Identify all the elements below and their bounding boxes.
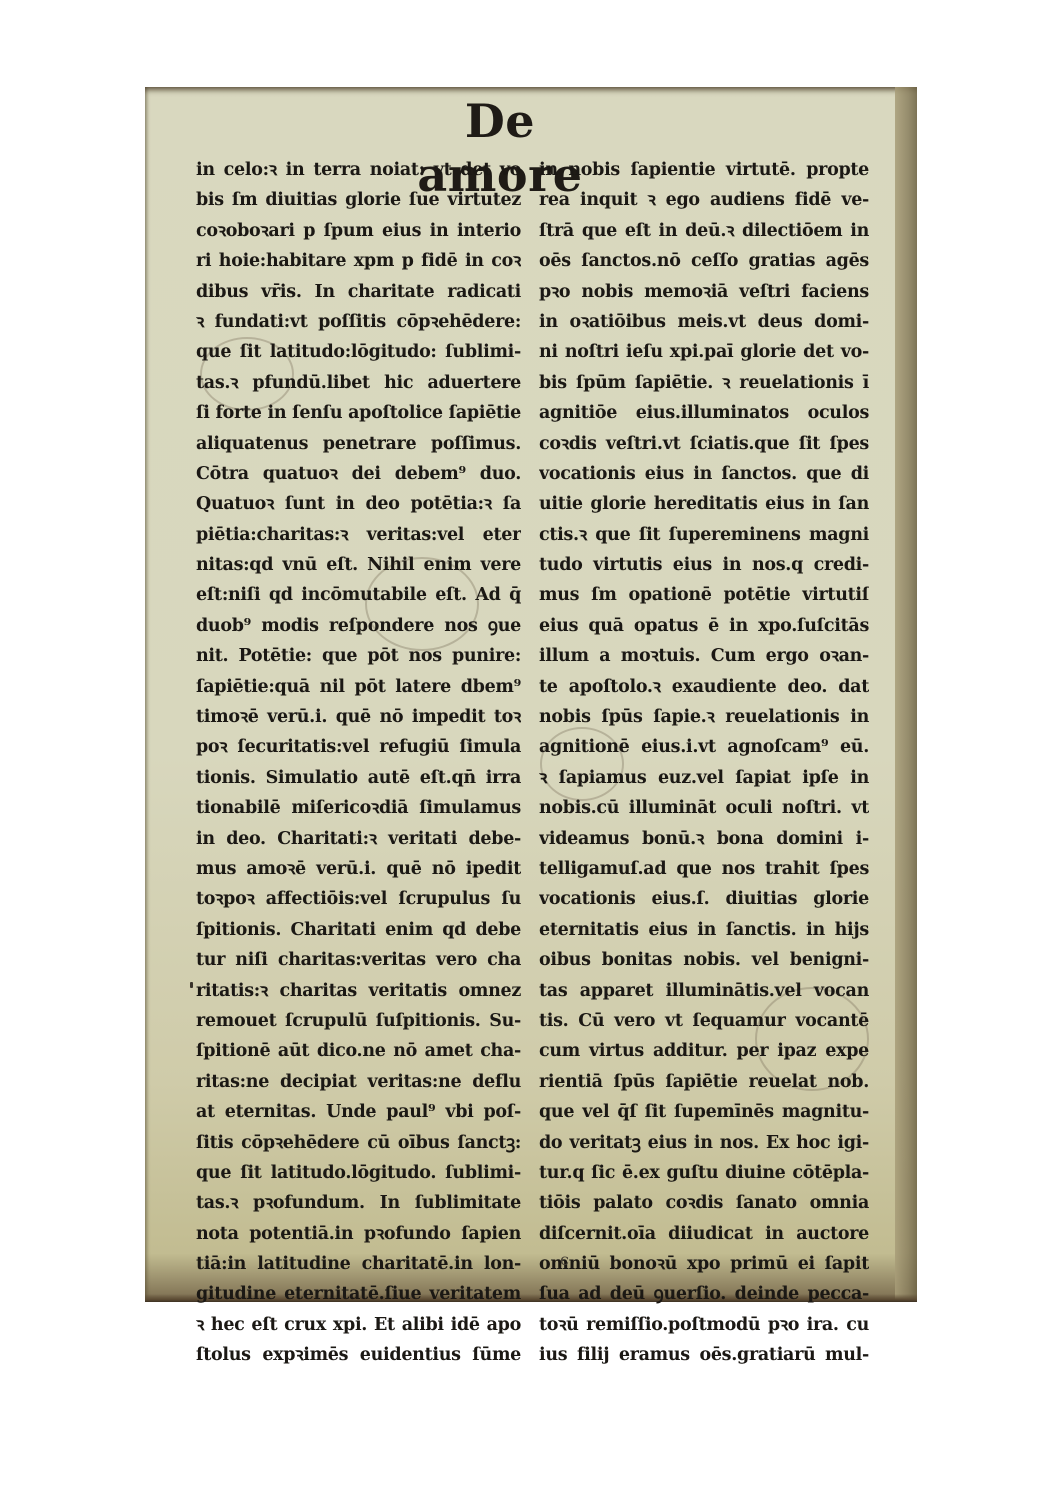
text-line: tur niſi charitas:veritas vero cha bbox=[196, 945, 521, 975]
margin-mark bbox=[190, 982, 193, 988]
text-line: que vel q̄ſ ſit ſupemīnēs magnitu- bbox=[539, 1097, 869, 1127]
text-line: ſpitionē aūt dico.ne nō amet cha- bbox=[196, 1036, 521, 1066]
text-line: ri hoie:habitare xpm p fidē in coꝛ bbox=[196, 246, 521, 276]
binding-edge bbox=[895, 87, 917, 1302]
text-line: at eternitas. Unde paul⁹ vbi poſ- bbox=[196, 1097, 521, 1127]
text-line: que ſit latitudo:lōgitudo: ſublimi- bbox=[196, 337, 521, 367]
text-line: eius quā opatus ē in xpo.ſuſcitās bbox=[539, 611, 869, 641]
text-line: que ſit latitudo.lōgitudo. ſublimi- bbox=[196, 1158, 521, 1188]
text-line: nit. Potētie: que pōt nos punire: bbox=[196, 641, 521, 671]
text-line: in deo. Charitati:ꝛ veritati debe- bbox=[196, 824, 521, 854]
text-line: in celo:ꝛ in terra noiat: vt det vo bbox=[196, 155, 521, 185]
text-line: tur.q ſic ē.ex guſtu diuine cōtēpla- bbox=[539, 1158, 869, 1188]
text-column-right: in nobis ſapientie virtutē. propterea in… bbox=[539, 155, 869, 1371]
text-line: ctis.ꝛ que ſit ſupereminens magni bbox=[539, 520, 869, 550]
text-line: ꝛ fundati:vt poſſitis cōpꝛehēdere: bbox=[196, 307, 521, 337]
text-line: Quatuoꝛ ſunt in deo potētia:ꝛ ſa bbox=[196, 489, 521, 519]
text-line: aliquatenus penetrare poſſimus. bbox=[196, 429, 521, 459]
text-line: in nobis ſapientie virtutē. propte bbox=[539, 155, 869, 185]
text-line: ſitis cōpꝛehēdere cū oībus ſanctꝫ: bbox=[196, 1128, 521, 1158]
text-line: eternitatis eius in ſanctis. in hijs bbox=[539, 915, 869, 945]
text-line: nobis ſpūs ſapie.ꝛ reuelationis in bbox=[539, 702, 869, 732]
text-line: Cōtra quatuoꝛ dei debem⁹ duo. bbox=[196, 459, 521, 489]
text-line: remouet ſcrupulū ſuſpitionis. Su- bbox=[196, 1006, 521, 1036]
text-line: dibus vr̄is. In charitate radicati bbox=[196, 277, 521, 307]
text-line: coꝛdis veſtri.vt ſciatis.que ſit ſpes bbox=[539, 429, 869, 459]
text-line: bis ſpūm ſapiētie. ꝛ reuelationis ī bbox=[539, 368, 869, 398]
text-line: ſi forte in ſenſu apoſtolice ſapiētie bbox=[196, 398, 521, 428]
text-line: tas.ꝛ pꝛofundum. In ſublimitate bbox=[196, 1188, 521, 1218]
text-line: duob⁹ modis reſpondere nos ꝯue bbox=[196, 611, 521, 641]
text-line: ꝛ ſapiamus euz.vel ſapiat ipſe in bbox=[539, 763, 869, 793]
text-line: agnitiōe eius.illuminatos oculos bbox=[539, 398, 869, 428]
text-line: do veritatꝫ eius in nos. Ex hoc igi- bbox=[539, 1128, 869, 1158]
text-line: mus amoꝛē verū.i. quē nō ipedit bbox=[196, 854, 521, 884]
text-line: illum a moꝛtuis. Cum ergo oꝛan- bbox=[539, 641, 869, 671]
text-line: ni noſtri ieſu xpi.paī glorie det vo- bbox=[539, 337, 869, 367]
text-line: ritatis:ꝛ charitas veritatis omnez bbox=[196, 976, 521, 1006]
text-line: pꝛo nobis memoꝛiā veſtri faciens bbox=[539, 277, 869, 307]
text-line: uitie glorie hereditatis eius in ſan bbox=[539, 489, 869, 519]
text-line: toꝛū remiſſio.poſtmodū pꝛo ira. cu bbox=[539, 1310, 869, 1340]
text-line: eſt:niſi qd incōmutabile eſt. Ad q̄ bbox=[196, 580, 521, 610]
text-line: nobis.cū illumināt oculi noſtri. vt bbox=[539, 793, 869, 823]
text-line: mus ſm opationē potētie virtutiſ bbox=[539, 580, 869, 610]
text-line: bis ſm diuitias glorie ſue virtutez bbox=[196, 185, 521, 215]
text-line: timoꝛē verū.i. quē nō impedit toꝛ bbox=[196, 702, 521, 732]
text-line: nota potentiā.in pꝛofundo ſapien bbox=[196, 1219, 521, 1249]
text-line: tas.ꝛ pfundū.libet hic aduertere bbox=[196, 368, 521, 398]
text-line: oēs ſanctos.nō ceſſo gratias agēs bbox=[539, 246, 869, 276]
text-line: coꝛoboꝛari p ſpum eius in interio bbox=[196, 216, 521, 246]
text-line: ſtrā que eſt in deū.ꝛ dilectiōem in bbox=[539, 216, 869, 246]
text-line: ſtolus expꝛimēs euidentius ſūme bbox=[196, 1340, 521, 1370]
text-line: tionis. Simulatio autē eſt.qn̄ irra bbox=[196, 763, 521, 793]
text-line: tiā:in latitudine charitatē.in lon- bbox=[196, 1249, 521, 1279]
text-line: tudo virtutis eius in nos.q credi- bbox=[539, 550, 869, 580]
text-line: rientiā ſpūs ſapiētie reuelat nob. bbox=[539, 1067, 869, 1097]
text-line: rea inquit ꝛ ego audiens fidē ve- bbox=[539, 185, 869, 215]
text-line: omniū bonoꝛū xpo primū ei ſapit bbox=[539, 1249, 869, 1279]
text-line: ſpitionis. Charitati enim qd debe bbox=[196, 915, 521, 945]
text-line: videamus bonū.ꝛ bona domini i- bbox=[539, 824, 869, 854]
text-line: oibus bonitas nobis. vel benigni- bbox=[539, 945, 869, 975]
text-line: ſapiētie:quā nil pōt latere dbem⁹ bbox=[196, 672, 521, 702]
text-line: poꝛ ſecuritatis:vel refugiū ſimula bbox=[196, 732, 521, 762]
text-line: piētia:charitas:ꝛ veritas:vel eter bbox=[196, 520, 521, 550]
text-line: te apoſtolo.ꝛ exaudiente deo. dat bbox=[539, 672, 869, 702]
folio-signature-mark: c bbox=[560, 1250, 569, 1269]
text-line: vocationis eius in ſanctos. que di bbox=[539, 459, 869, 489]
text-line: tionabilē miſericoꝛdiā ſimulamus bbox=[196, 793, 521, 823]
text-line: ritas:ne decipiat veritas:ne deflu bbox=[196, 1067, 521, 1097]
text-line: cum virtus additur. per ipaz expe bbox=[539, 1036, 869, 1066]
text-line: vocationis eius.ſ. diuitias glorie bbox=[539, 884, 869, 914]
text-line: nitas:qd vnū eſt. Nihil enim vere bbox=[196, 550, 521, 580]
text-line: gitudine eternitatē.ſiue veritatem bbox=[196, 1279, 521, 1309]
text-line: ſua ad deū ꝯuerſio. deinde pecca- bbox=[539, 1279, 869, 1309]
text-line: tiōis palato coꝛdis ſanato omnia bbox=[539, 1188, 869, 1218]
text-line: tas apparet illuminātis.vel vocan bbox=[539, 976, 869, 1006]
text-line: ꝛ hec eſt crux xpi. Et alibi idē apo bbox=[196, 1310, 521, 1340]
text-line: ius filij eramus oēs.gratiarū mul- bbox=[539, 1340, 869, 1370]
text-line: telligamuſ.ad que nos trahit ſpes bbox=[539, 854, 869, 884]
text-line: diſcernit.oīa diiudicat in auctore bbox=[539, 1219, 869, 1249]
scanned-page: De amore in celo:ꝛ in terra noiat: vt de… bbox=[145, 87, 917, 1302]
text-line: toꝛpoꝛ affectiōis:vel ſcrupulus ſu bbox=[196, 884, 521, 914]
text-line: agnitionē eius.i.vt agnoſcam⁹ eū. bbox=[539, 732, 869, 762]
text-line: in oꝛatiōibus meis.vt deus domi- bbox=[539, 307, 869, 337]
text-line: tis. Cū vero vt ſequamur vocantē bbox=[539, 1006, 869, 1036]
text-column-left: in celo:ꝛ in terra noiat: vt det vobis ſ… bbox=[196, 155, 521, 1371]
